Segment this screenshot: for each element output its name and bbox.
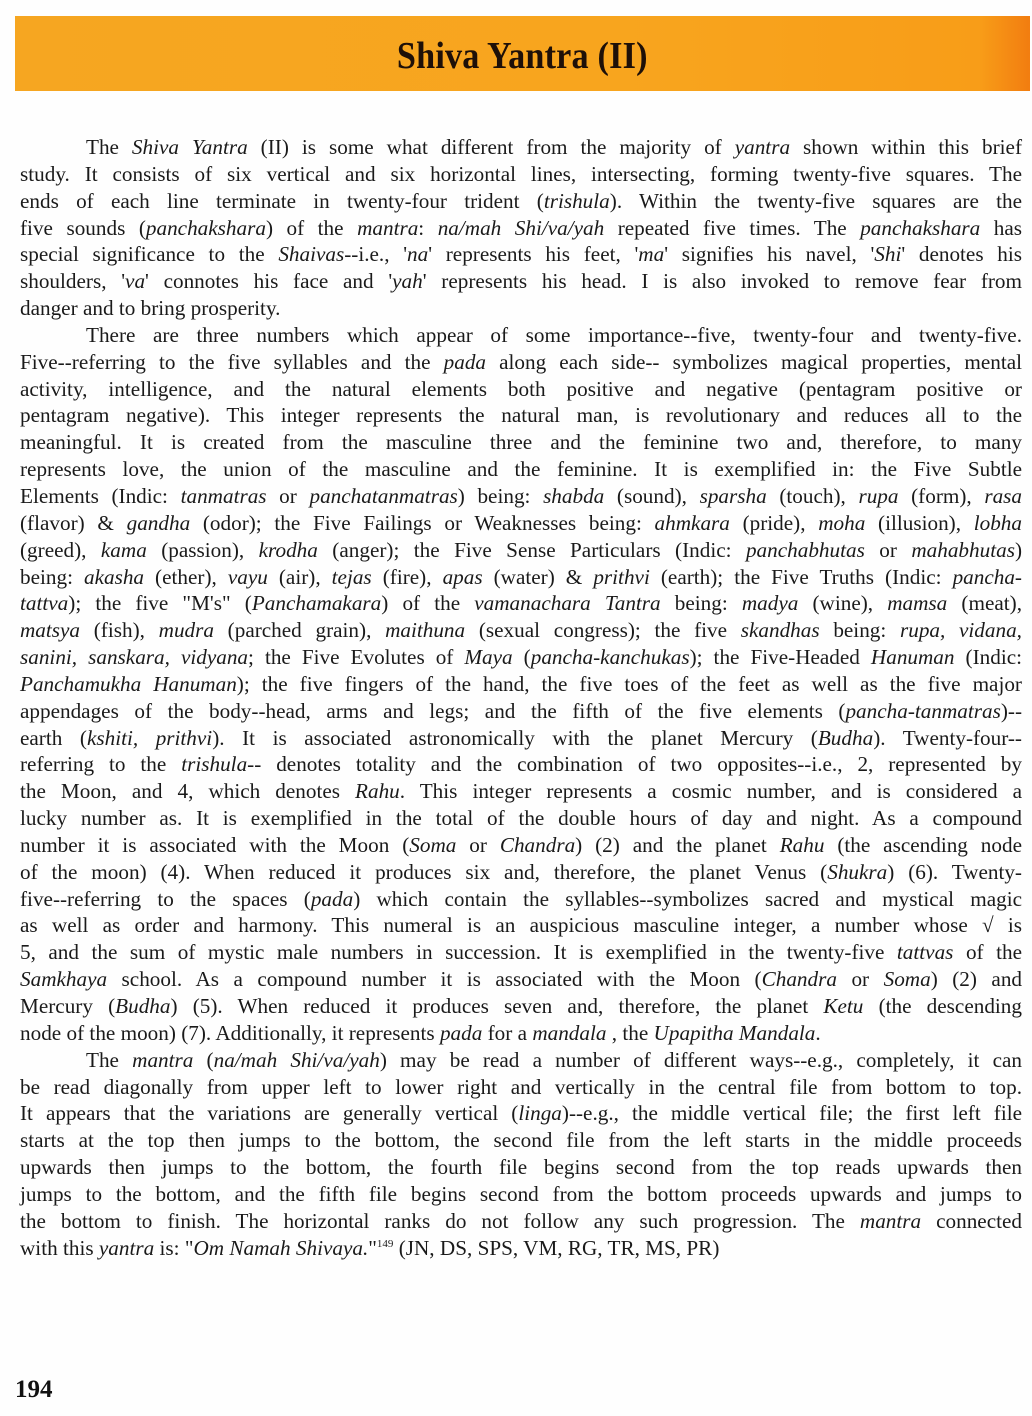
text-run: study. It consists of six vertical and s… <box>20 162 1022 186</box>
text-run: or <box>267 484 310 508</box>
text-run: . <box>815 1021 820 1045</box>
text-run: (the descending <box>863 994 1022 1018</box>
italic-term: mahabhutas <box>911 538 1015 562</box>
text-run: ' signifies his navel, ' <box>664 242 874 266</box>
text-run: , the <box>606 1021 653 1045</box>
italic-term: Shiva Yantra <box>132 135 248 159</box>
text-run: ); the five "M's" ( <box>68 591 252 615</box>
italic-term: Panchamukha Hanuman <box>20 672 237 696</box>
italic-term: pancha-kanchukas <box>531 645 690 669</box>
text-run: ends of each line terminate in twenty-fo… <box>20 189 544 213</box>
text-line: upwards then jumps to the bottom, the fo… <box>20 1154 1022 1181</box>
text-run: (the ascending node <box>824 833 1022 857</box>
italic-term: linga <box>518 1101 562 1125</box>
italic-term: pada <box>440 1021 482 1045</box>
text-run: (sound), <box>604 484 699 508</box>
text-line: earth (kshiti, prithvi). It is associate… <box>20 725 1022 752</box>
text-line: ends of each line terminate in twenty-fo… <box>20 188 1022 215</box>
text-run: There are three numbers which appear of … <box>86 323 1022 347</box>
text-line: Mercury (Budha) (5). When reduced it pro… <box>20 993 1022 1020</box>
italic-term: Rahu <box>355 779 400 803</box>
italic-term: trishula <box>181 752 247 776</box>
text-line: It appears that the variations are gener… <box>20 1100 1022 1127</box>
italic-term: ahmkara <box>655 511 730 535</box>
text-run: (flavor) & <box>20 511 127 535</box>
italic-term: Upapitha Mandala <box>654 1021 816 1045</box>
text-run: (earth); the Five Truths (Indic: <box>650 565 953 589</box>
italic-term: mantra <box>132 1048 193 1072</box>
text-line: pentagram negative). This integer repres… <box>20 402 1022 429</box>
text-run: Mercury ( <box>20 994 115 1018</box>
text-run: (JN, DS, SPS, VM, RG, TR, MS, PR) <box>393 1236 719 1260</box>
italic-term: trishula <box>544 189 610 213</box>
italic-term: tattvas <box>897 940 954 964</box>
italic-term: vayu <box>228 565 268 589</box>
text-run: ). Twenty-four-- <box>873 726 1022 750</box>
text-run: ) (2) and <box>931 967 1022 991</box>
text-run: (pride), <box>730 511 818 535</box>
italic-term: lobha <box>974 511 1022 535</box>
text-run: (Indic: <box>955 645 1023 669</box>
italic-term: panchabhutas <box>746 538 865 562</box>
text-line: The Shiva Yantra (II) is some what diffe… <box>20 134 1022 161</box>
italic-term: kshiti, prithvi <box>87 726 212 750</box>
text-run: of the moon) (4). When reduced it produc… <box>20 860 827 884</box>
text-line: 5, and the sum of mystic male numbers in… <box>20 939 1022 966</box>
text-line: number it is associated with the Moon (S… <box>20 832 1022 859</box>
text-run: lucky number as. It is exemplified in th… <box>20 806 1022 830</box>
italic-term: Hanuman <box>871 645 955 669</box>
italic-term: na/mah Shi/va/yah <box>438 216 605 240</box>
paragraph: The mantra (na/mah Shi/va/yah) may be re… <box>20 1047 1022 1262</box>
text-run: ; the Five Evolutes of <box>248 645 464 669</box>
italic-term: krodha <box>259 538 318 562</box>
text-run: being: <box>820 618 900 642</box>
text-run: of the <box>953 940 1022 964</box>
page-title: Shiva Yantra (II) <box>397 34 648 78</box>
text-run: node of the moon) (7). Additionally, it … <box>20 1021 440 1045</box>
text-line: sanini, sanskara, vidyana; the Five Evol… <box>20 644 1022 671</box>
text-run: ); the five fingers of the hand, the fiv… <box>237 672 1022 696</box>
text-run: appendages of the body--head, arms and l… <box>20 699 845 723</box>
text-run: ). It is associated astronomically with … <box>212 726 818 750</box>
italic-term: vamanachara Tantra <box>474 591 660 615</box>
italic-term: apas <box>443 565 483 589</box>
text-run: being: <box>661 591 742 615</box>
italic-term: tejas <box>332 565 372 589</box>
text-run: (odor); the Five Failings or Weaknesses … <box>190 511 654 535</box>
text-line: study. It consists of six vertical and s… <box>20 161 1022 188</box>
text-run: (water) & <box>483 565 594 589</box>
text-run: ). Within the twenty-five squares are th… <box>610 189 1022 213</box>
text-run: as well as order and harmony. This numer… <box>20 913 1022 937</box>
text-line: five--referring to the spaces (pada) whi… <box>20 886 1022 913</box>
text-run: or <box>865 538 912 562</box>
text-line: shoulders, 'va' connotes his face and 'y… <box>20 268 1022 295</box>
italic-term: Soma <box>409 833 456 857</box>
text-run: (illusion), <box>865 511 973 535</box>
text-run: upwards then jumps to the bottom, the fo… <box>20 1155 1022 1179</box>
text-run: (wine), <box>798 591 887 615</box>
text-run: be read diagonally from upper left to lo… <box>20 1075 1022 1099</box>
italic-term: skandhas <box>741 618 820 642</box>
italic-term: pada <box>444 350 486 374</box>
text-run: (anger); the Five Sense Particulars (Ind… <box>318 538 746 562</box>
italic-term: Budha <box>818 726 873 750</box>
italic-term: Ketu <box>823 994 863 1018</box>
text-run: along each side-- symbolizes magical pro… <box>486 350 1022 374</box>
text-line: Samkhaya school. As a compound number it… <box>20 966 1022 993</box>
text-run: -- denotes totality and the combination … <box>247 752 1022 776</box>
text-line: five sounds (panchakshara) of the mantra… <box>20 215 1022 242</box>
text-line: special significance to the Shaivas--i.e… <box>20 241 1022 268</box>
text-run: or <box>456 833 499 857</box>
text-run: : <box>418 216 437 240</box>
text-line: (greed), kama (passion), krodha (anger);… <box>20 537 1022 564</box>
text-run: connected <box>921 1209 1022 1233</box>
text-run: earth ( <box>20 726 87 750</box>
text-run: )-- <box>1001 699 1022 723</box>
text-run: (ether), <box>144 565 228 589</box>
body-text: The Shiva Yantra (II) is some what diffe… <box>20 134 1022 1261</box>
italic-term: rasa <box>984 484 1022 508</box>
text-run: ' denotes his <box>901 242 1022 266</box>
text-line: the Moon, and 4, which denotes Rahu. Thi… <box>20 778 1022 805</box>
text-run: five--referring to the spaces ( <box>20 887 311 911</box>
italic-term: yantra <box>735 135 790 159</box>
text-run: jumps to the bottom, and the fifth file … <box>20 1182 1022 1206</box>
text-run: five sounds ( <box>20 216 146 240</box>
page-number: 194 <box>15 1376 53 1404</box>
text-line: There are three numbers which appear of … <box>20 322 1022 349</box>
text-line: meaningful. It is created from the mascu… <box>20 429 1022 456</box>
text-run: (air), <box>268 565 332 589</box>
italic-term: Rahu <box>780 833 825 857</box>
italic-term: Samkhaya <box>20 967 107 991</box>
text-line: Panchamukha Hanuman); the five fingers o… <box>20 671 1022 698</box>
italic-term: Om Namah Shivaya. <box>193 1236 368 1260</box>
text-line: be read diagonally from upper left to lo… <box>20 1074 1022 1101</box>
text-run: (greed), <box>20 538 101 562</box>
text-run: The <box>86 1048 132 1072</box>
text-line: (flavor) & gandha (odor); the Five Faili… <box>20 510 1022 537</box>
italic-term: sparsha <box>700 484 767 508</box>
text-line: represents love, the union of the mascul… <box>20 456 1022 483</box>
text-run: shown within this brief <box>790 135 1022 159</box>
text-line: the bottom to finish. The horizontal ran… <box>20 1208 1022 1235</box>
italic-term: pancha- <box>953 565 1022 589</box>
text-run: ) which contain the syllables--symbolize… <box>353 887 1022 911</box>
italic-term: Soma <box>884 967 931 991</box>
text-run: meaningful. It is created from the mascu… <box>20 430 1022 454</box>
text-run: is: " <box>154 1236 193 1260</box>
italic-term: gandha <box>127 511 191 535</box>
text-line: starts at the top then jumps to the bott… <box>20 1127 1022 1154</box>
italic-term: panchakshara <box>146 216 266 240</box>
italic-term: yah <box>392 269 423 293</box>
text-run: activity, intelligence, and the natural … <box>20 377 1022 401</box>
italic-term: tattva <box>20 591 68 615</box>
italic-term: mantra <box>860 1209 921 1233</box>
text-run: ' represents his feet, ' <box>428 242 638 266</box>
text-run: ( <box>513 645 531 669</box>
italic-term: maithuna <box>385 618 465 642</box>
text-line: being: akasha (ether), vayu (air), tejas… <box>20 564 1022 591</box>
text-run: (sexual congress); the five <box>465 618 741 642</box>
italic-term: Budha <box>115 994 170 1018</box>
text-line: lucky number as. It is exemplified in th… <box>20 805 1022 832</box>
italic-term: yantra <box>99 1236 154 1260</box>
italic-term: mantra <box>357 216 418 240</box>
text-run: (fish), <box>80 618 159 642</box>
text-run: ) (2) and the planet <box>575 833 780 857</box>
text-run: (meat), <box>947 591 1022 615</box>
italic-term: Shaivas <box>278 242 344 266</box>
text-run: )--e.g., the middle vertical file; the f… <box>562 1101 1022 1125</box>
text-run: (passion), <box>147 538 259 562</box>
text-run: ) (5). When reduced it produces seven an… <box>171 994 824 1018</box>
italic-term: na/mah Shi/va/yah <box>214 1048 380 1072</box>
text-run: starts at the top then jumps to the bott… <box>20 1128 1022 1152</box>
italic-term: rupa, vidana, <box>900 618 1022 642</box>
text-run: (form), <box>898 484 984 508</box>
text-run: The <box>86 135 132 159</box>
text-run: has <box>980 216 1022 240</box>
text-run: repeated five times. The <box>604 216 860 240</box>
text-run: ) (6). Twenty- <box>887 860 1022 884</box>
italic-term: tanmatras <box>181 484 267 508</box>
text-run: referring to the <box>20 752 181 776</box>
text-run: the Moon, and 4, which denotes <box>20 779 355 803</box>
italic-term: rupa <box>858 484 898 508</box>
text-line: matsya (fish), mudra (parched grain), ma… <box>20 617 1022 644</box>
text-run: --i.e., ' <box>344 242 407 266</box>
italic-term: Shukra <box>827 860 887 884</box>
text-run: ); the Five-Headed <box>690 645 871 669</box>
italic-term: mamsa <box>887 591 947 615</box>
text-line: Elements (Indic: tanmatras or panchatanm… <box>20 483 1022 510</box>
text-run: . This integer represents a cosmic numbe… <box>400 779 1022 803</box>
italic-term: Chandra <box>500 833 575 857</box>
text-line: danger and to bring prosperity. <box>20 295 1022 322</box>
text-line: jumps to the bottom, and the fifth file … <box>20 1181 1022 1208</box>
text-line: appendages of the body--head, arms and l… <box>20 698 1022 725</box>
text-line: tattva); the five "M's" (Panchamakara) o… <box>20 590 1022 617</box>
text-line: node of the moon) (7). Additionally, it … <box>20 1020 1022 1047</box>
text-line: of the moon) (4). When reduced it produc… <box>20 859 1022 886</box>
text-run: pentagram negative). This integer repres… <box>20 403 1022 427</box>
italic-term: pada <box>311 887 353 911</box>
text-run: ) of the <box>381 591 474 615</box>
text-run: It appears that the variations are gener… <box>20 1101 518 1125</box>
text-line: Five--referring to the five syllables an… <box>20 349 1022 376</box>
italic-term: akasha <box>84 565 144 589</box>
text-run: special significance to the <box>20 242 278 266</box>
italic-term: shabda <box>543 484 604 508</box>
text-run: (parched grain), <box>214 618 385 642</box>
text-line: referring to the trishula-- denotes tota… <box>20 751 1022 778</box>
text-run: shoulders, ' <box>20 269 125 293</box>
italic-term: kama <box>101 538 147 562</box>
text-run: " <box>368 1236 377 1260</box>
title-banner: Shiva Yantra (II) <box>15 16 1030 91</box>
text-run: Five--referring to the five syllables an… <box>20 350 444 374</box>
text-run: the bottom to finish. The horizontal ran… <box>20 1209 860 1233</box>
text-run: or <box>837 967 884 991</box>
text-run: (II) is some what different from the maj… <box>248 135 735 159</box>
italic-term: panchakshara <box>860 216 980 240</box>
italic-term: na <box>407 242 428 266</box>
text-run: (fire), <box>372 565 443 589</box>
text-run: ) may be read a number of different ways… <box>380 1048 1022 1072</box>
italic-term: mandala <box>532 1021 606 1045</box>
text-run: 5, and the sum of mystic male numbers in… <box>20 940 897 964</box>
text-run: school. As a compound number it is assoc… <box>107 967 762 991</box>
italic-term: ma <box>638 242 664 266</box>
text-line: activity, intelligence, and the natural … <box>20 376 1022 403</box>
text-run: number it is associated with the Moon ( <box>20 833 409 857</box>
text-run: represents love, the union of the mascul… <box>20 457 1022 481</box>
italic-term: madya <box>742 591 799 615</box>
italic-term: sanini, sanskara, vidyana <box>20 645 248 669</box>
italic-term: moha <box>818 511 865 535</box>
text-run: (touch), <box>767 484 859 508</box>
text-run: ) being: <box>458 484 543 508</box>
italic-term: Maya <box>464 645 512 669</box>
italic-term: va <box>125 269 145 293</box>
paragraph: The Shiva Yantra (II) is some what diffe… <box>20 134 1022 322</box>
italic-term: Chandra <box>762 967 837 991</box>
text-run: ) <box>1015 538 1022 562</box>
text-run: with this <box>20 1236 99 1260</box>
text-run: being: <box>20 565 84 589</box>
text-line: with this yantra is: "Om Namah Shivaya."… <box>20 1235 1022 1262</box>
italic-term: panchatanmatras <box>309 484 457 508</box>
paragraph: There are three numbers which appear of … <box>20 322 1022 1047</box>
text-run: for a <box>482 1021 532 1045</box>
text-line: The mantra (na/mah Shi/va/yah) may be re… <box>20 1047 1022 1074</box>
italic-term: Shi <box>874 242 901 266</box>
text-run: ( <box>193 1048 213 1072</box>
text-run: ' connotes his face and ' <box>145 269 392 293</box>
italic-term: prithvi <box>593 565 650 589</box>
footnote-ref: 149 <box>377 1238 394 1250</box>
italic-term: mudra <box>159 618 214 642</box>
text-line: as well as order and harmony. This numer… <box>20 912 1022 939</box>
text-run: ) of the <box>266 216 357 240</box>
italic-term: Panchamakara <box>252 591 381 615</box>
italic-term: matsya <box>20 618 80 642</box>
text-run: ' represents his head. I is also invoked… <box>423 269 1022 293</box>
text-run: Elements (Indic: <box>20 484 181 508</box>
text-run: danger and to bring prosperity. <box>20 296 280 320</box>
italic-term: pancha-tanmatras <box>845 699 1000 723</box>
